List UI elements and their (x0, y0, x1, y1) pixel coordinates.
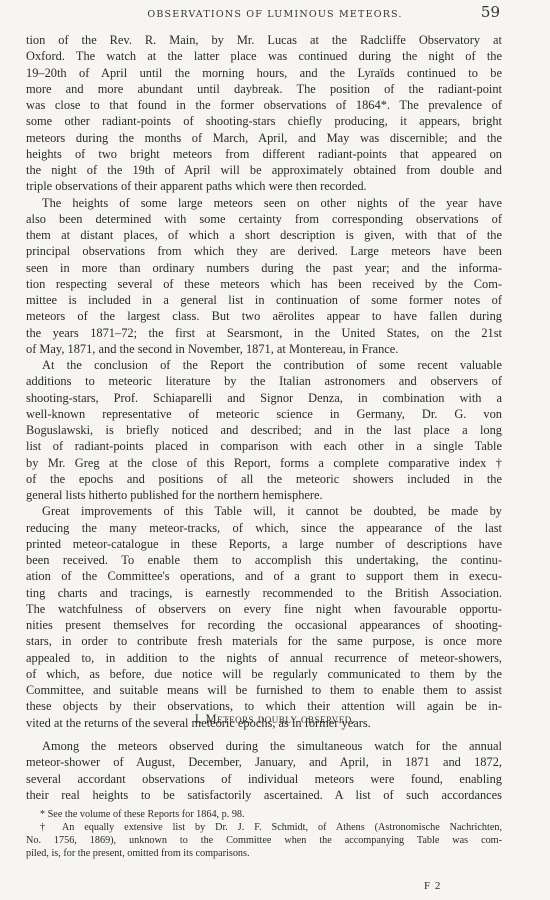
text-line: meteors during the months of March, Apri… (26, 130, 502, 146)
text-line: ation of the Committee's operations, and… (26, 568, 502, 584)
text-line: well-known representative of meteoric sc… (26, 406, 502, 422)
text-line: mittee is included in a general list in … (26, 292, 502, 308)
text-line: triple observations of their apparent pa… (26, 178, 502, 194)
text-line: printed meteor-catalogue in these Report… (26, 536, 502, 552)
text-line: been received. To enable them to accompl… (26, 552, 502, 568)
body-text: tion of the Rev. R. Main, by Mr. Lucas a… (26, 32, 502, 731)
text-line: general lists hitherto published for the… (26, 487, 502, 503)
text-line: the years 1871–72; the first at Searsmon… (26, 325, 502, 341)
text-line: At the conclusion of the Report the cont… (26, 357, 502, 373)
text-line: heights of two bright meteors from diffe… (26, 146, 502, 162)
footnote-line: piled, is, for the present, omitted from… (26, 847, 502, 860)
running-title: OBSERVATIONS OF LUMINOUS METEORS. (0, 9, 550, 20)
text-line: stars, in order to contribute fresh mate… (26, 633, 502, 649)
text-line: Oxford. The watch at the latter place wa… (26, 48, 502, 64)
text-line: the night of the 19th of April will be a… (26, 162, 502, 178)
text-line: Among the meteors observed during the si… (26, 738, 502, 754)
text-line: also been determined with some certainty… (26, 211, 502, 227)
section-heading: I. Meteors doubly observed. (0, 711, 550, 727)
text-line: reducing the many meteor-tracks, of whic… (26, 520, 502, 536)
text-line: list of radiant-points placed in compari… (26, 438, 502, 454)
text-line: Committee, and suitable means will be fu… (26, 682, 502, 698)
text-line: tion of the Rev. R. Main, by Mr. Lucas a… (26, 32, 502, 48)
text-line: principal observations from which they a… (26, 243, 502, 259)
text-line: additions to meteoric literature by the … (26, 373, 502, 389)
document-page: OBSERVATIONS OF LUMINOUS METEORS. 59 tio… (0, 0, 550, 900)
footnote-line: * See the volume of these Reports for 18… (26, 808, 502, 821)
text-line: Great improvements of this Table will, i… (26, 503, 502, 519)
text-line: their real heights to be satisfactorily … (26, 787, 502, 803)
text-line: of May, 1871, and the second in November… (26, 341, 502, 357)
footnote-line: † An equally extensive list by Dr. J. F.… (26, 821, 502, 834)
footnotes: * See the volume of these Reports for 18… (26, 808, 502, 860)
section-numeral: I. (195, 711, 203, 726)
text-line: The watchfulness of observers on every f… (26, 601, 502, 617)
text-line: tion respecting several of these meteors… (26, 276, 502, 292)
text-line: by Mr. Greg at the close of this Report,… (26, 455, 502, 471)
text-line: The heights of some large meteors seen o… (26, 195, 502, 211)
footnote-line: No. 1756, 1869), unknown to the Committe… (26, 834, 502, 847)
signature-mark: F 2 (424, 880, 441, 892)
text-line: nities present themselves for recording … (26, 617, 502, 633)
text-line: meteors of the largest class. But two aë… (26, 308, 502, 324)
text-line: several accordant observations of indivi… (26, 771, 502, 787)
text-line: 19–20th of April until the morning hours… (26, 65, 502, 81)
text-line: meteor-shower of August, December, Janua… (26, 754, 502, 770)
section-title: Meteors doubly observed. (205, 712, 355, 726)
text-line: appealed to, in addition to the nights o… (26, 650, 502, 666)
text-line: of the epochs and positions of all the m… (26, 471, 502, 487)
text-line: ting charts and tracings, is earnestly r… (26, 585, 502, 601)
text-line: seen in more than ordinary numbers durin… (26, 260, 502, 276)
page-number: 59 (481, 3, 500, 21)
section-body-text: Among the meteors observed during the si… (26, 738, 502, 803)
text-line: shooting-stars, Prof. Schiaparelli and S… (26, 390, 502, 406)
text-line: them at distant places, of which a short… (26, 227, 502, 243)
text-line: Boguslawski, is briefly noticed and desc… (26, 422, 502, 438)
text-line: was close to that found in the former ob… (26, 97, 502, 113)
text-line: of which, as before, due notice will be … (26, 666, 502, 682)
text-line: more and more abundant until daybreak. T… (26, 81, 502, 97)
page-header: OBSERVATIONS OF LUMINOUS METEORS. 59 (0, 3, 550, 25)
text-line: some other radiant-points of shooting-st… (26, 113, 502, 129)
